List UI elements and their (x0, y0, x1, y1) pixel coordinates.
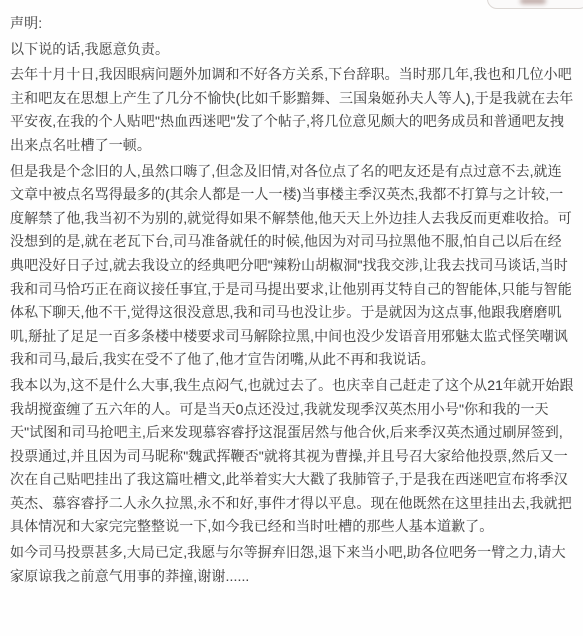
statement-paragraph-5: 如今司马投票甚多,大局已定,我愿与尔等摒弃旧怨,退下来当小吧,助各位吧务一臂之力… (10, 541, 574, 588)
statement-paragraph-2: 去年十月十日,我因眼病问题外加调和不好各方关系,下台辞职。当时那几年,我也和几位… (10, 63, 574, 157)
statement-title: 声明: (10, 12, 574, 36)
cutoff-overlay-remnant (487, 0, 583, 9)
statement-paragraph-3: 但是我是个念旧的人,虽然口嗨了,但念及旧情,对各位点了名的吧友还是有点过意不去,… (10, 160, 574, 372)
statement-paragraph-4: 我本以为,这不是什么大事,我生点闷气,也就过去了。也庆幸自己赶走了这个从21年就… (10, 374, 574, 539)
statement-paragraph-1: 以下说的话,我愿意负责。 (10, 38, 574, 62)
cutoff-overlay-smudge (520, 0, 546, 4)
statement-document: 声明: 以下说的话,我愿意负责。 去年十月十日,我因眼病问题外加调和不好各方关系… (10, 12, 574, 590)
